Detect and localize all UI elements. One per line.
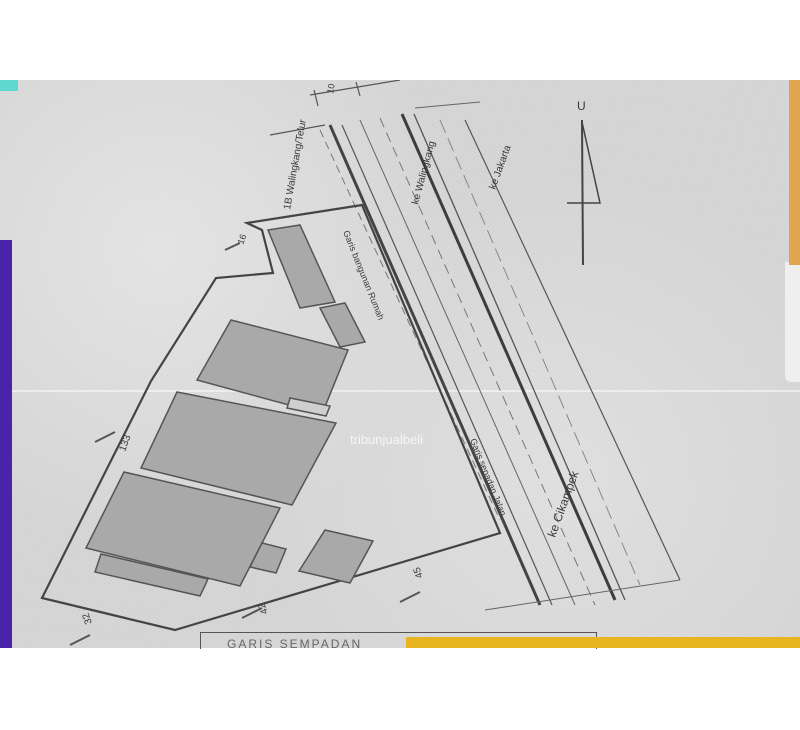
decor-bar-yellow xyxy=(406,637,800,648)
north-label: U xyxy=(577,99,586,113)
road-label-jakarta: ke Jakarta xyxy=(487,144,513,192)
road-label-walingkang: ke Walingkang xyxy=(410,140,438,206)
decor-bar-orange xyxy=(789,80,800,265)
page-edge xyxy=(785,262,800,382)
dim-top-scale: 10 xyxy=(325,83,337,95)
dim-left-side: 133 xyxy=(117,433,133,453)
buildings xyxy=(86,225,373,596)
site-plan-image: 10 1B Walingkang/Telur ke Walingkang ke … xyxy=(0,80,800,648)
decor-bar-purple xyxy=(0,240,12,648)
site-plan-drawing: 10 1B Walingkang/Telur ke Walingkang ke … xyxy=(0,80,800,648)
top-dimension xyxy=(310,80,400,106)
dim-right-bottom: 45 xyxy=(412,565,426,580)
decor-bar-teal xyxy=(0,80,18,91)
dim-bottom: 42 xyxy=(257,601,271,616)
north-arrow-icon xyxy=(567,120,600,265)
watermark: tribunjualbeli xyxy=(350,432,423,447)
dim-bottom-left: 32 xyxy=(81,611,95,626)
title-block-text: GARIS SEMPADAN xyxy=(227,637,362,649)
